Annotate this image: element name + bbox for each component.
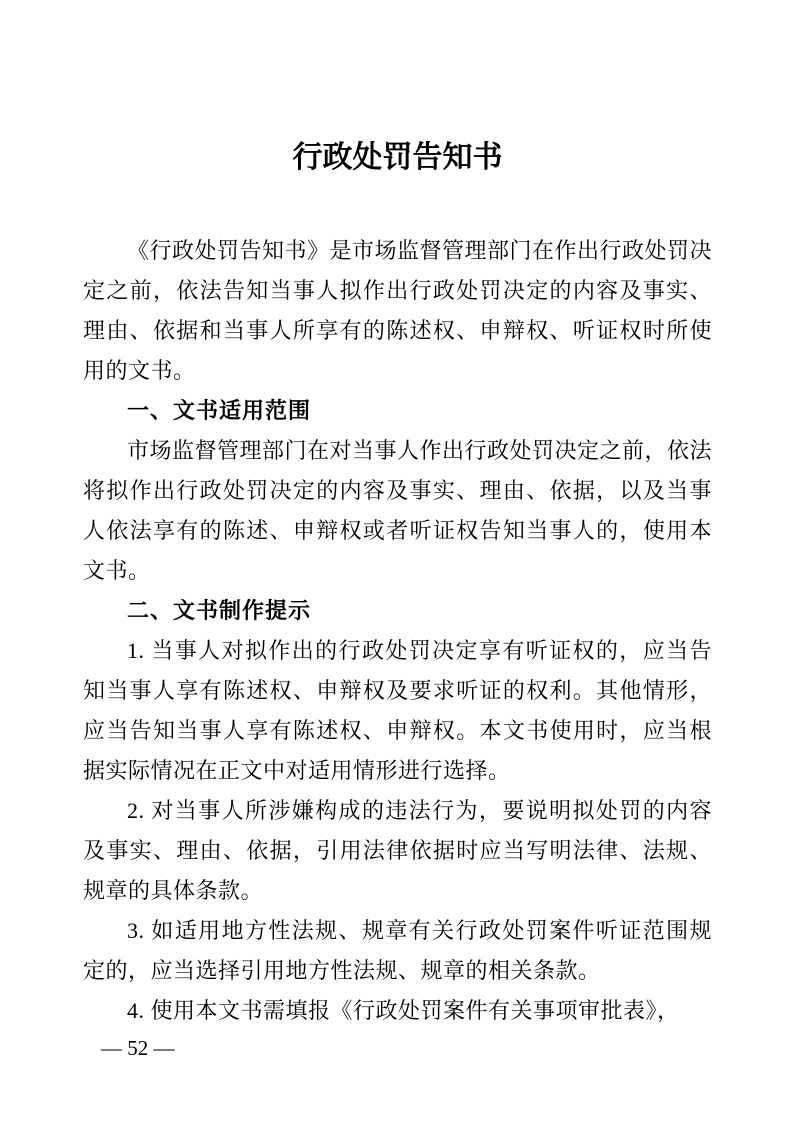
document-title: 行政处罚告知书: [83, 140, 712, 176]
section-scope-paragraph: 市场监督管理部门在对当事人作出行政处罚决定之前，依法将拟作出行政处罚决定的内容及…: [83, 431, 712, 591]
tip-item-2: 2. 对当事人所涉嫌构成的违法行为，要说明拟处罚的内容及事实、理由、依据，引用法…: [83, 791, 712, 911]
intro-paragraph: 《行政处罚告知书》是市场监督管理部门在作出行政处罚决定之前，依法告知当事人拟作出…: [83, 231, 712, 391]
section-heading-drafting-tips: 二、文书制作提示: [83, 591, 712, 631]
tip-item-3: 3. 如适用地方性法规、规章有关行政处罚案件听证范围规定的，应当选择引用地方性法…: [83, 911, 712, 991]
section-heading-scope: 一、文书适用范围: [83, 391, 712, 431]
tip-item-1: 1. 当事人对拟作出的行政处罚决定享有听证权的，应当告知当事人享有陈述权、申辩权…: [83, 631, 712, 791]
document-body: 《行政处罚告知书》是市场监督管理部门在作出行政处罚决定之前，依法告知当事人拟作出…: [83, 231, 712, 1031]
document-page: 行政处罚告知书 《行政处罚告知书》是市场监督管理部门在作出行政处罚决定之前，依法…: [0, 0, 793, 1122]
document-content: 行政处罚告知书 《行政处罚告知书》是市场监督管理部门在作出行政处罚决定之前，依法…: [83, 140, 712, 1031]
tip-item-4: 4. 使用本文书需填报《行政处罚案件有关事项审批表》，: [83, 991, 712, 1031]
page-number: — 52 —: [101, 1036, 175, 1060]
